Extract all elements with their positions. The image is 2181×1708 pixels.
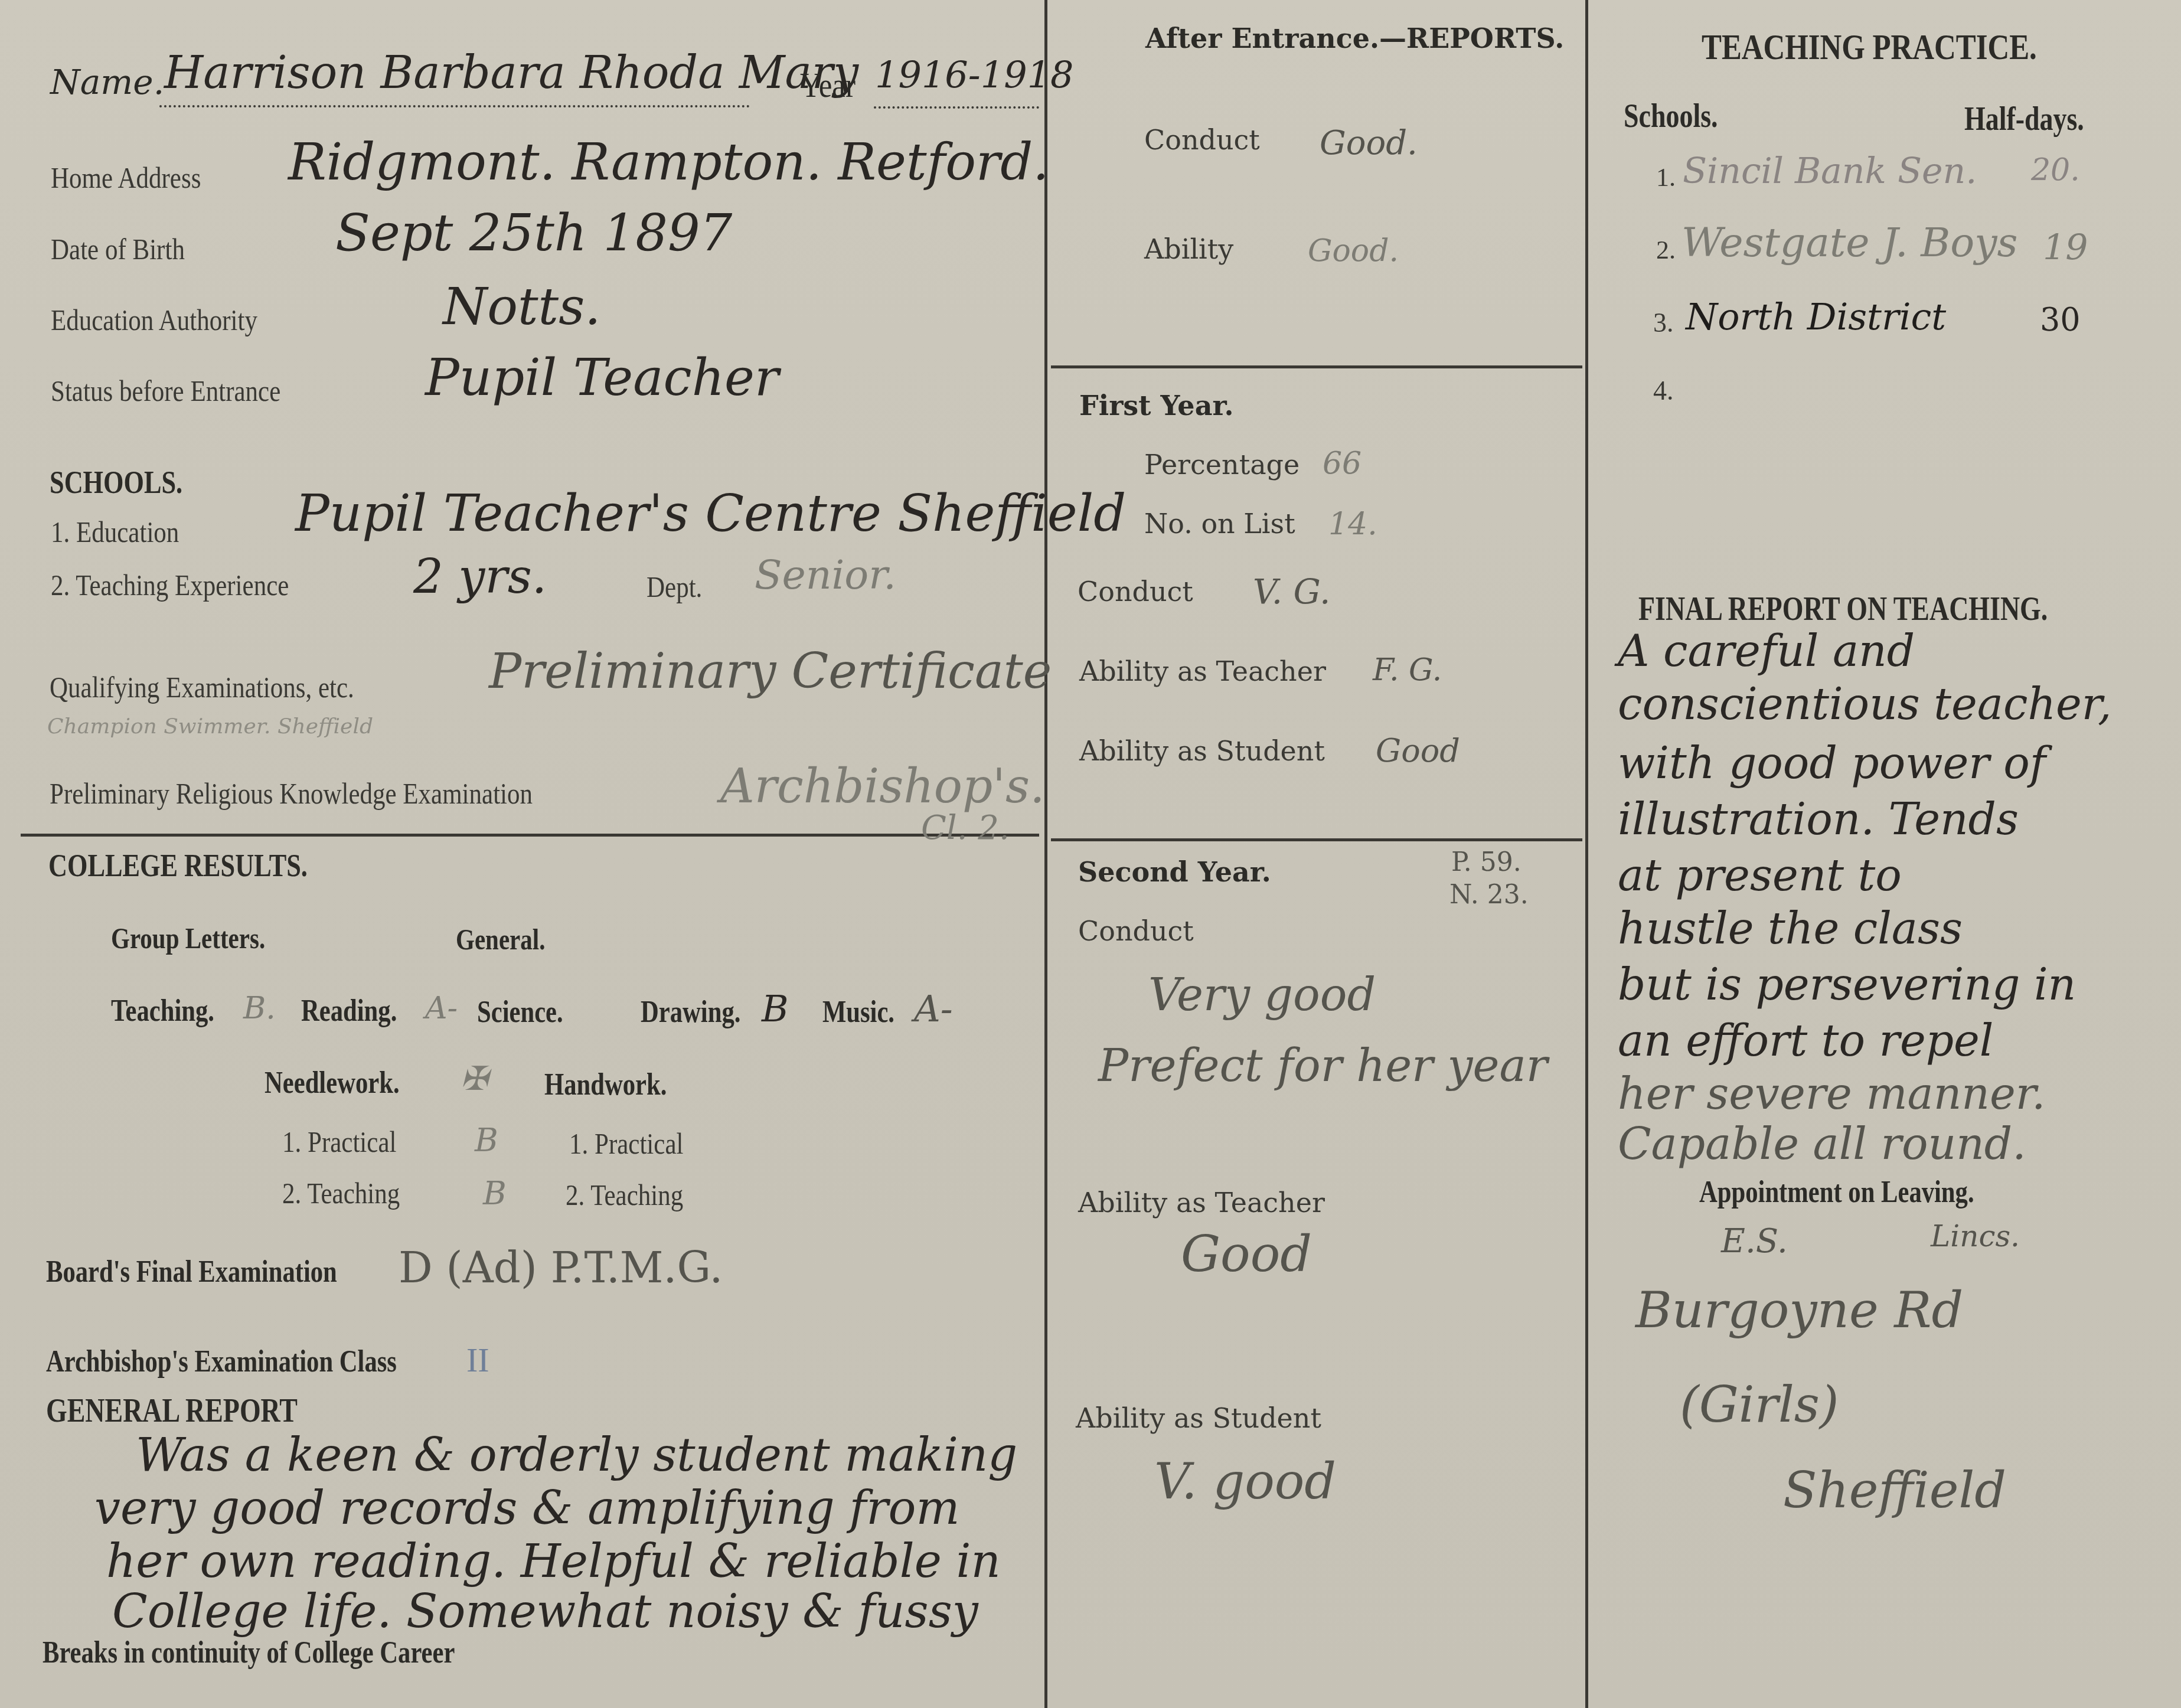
no-on-list-label: No. on List <box>1144 508 1295 540</box>
final-report-title: FINAL REPORT ON TEACHING. <box>1638 590 2048 628</box>
boards-final-label: Board's Final Examination <box>46 1255 337 1289</box>
music-subject-grade: A- <box>914 987 953 1030</box>
handwork-teaching-label: 2. Teaching <box>566 1178 683 1212</box>
general-report-line-2: very good records & amplifying from <box>94 1482 960 1535</box>
dept-label: Dept. <box>647 570 702 604</box>
reading-subject-label: Reading. <box>301 994 397 1028</box>
name-label: Name. <box>50 62 164 102</box>
teaching-subject-grade: B. <box>243 991 276 1026</box>
general-label: General. <box>456 922 545 956</box>
after-entrance-ability-label: Ability <box>1144 233 1233 265</box>
rule-after-entrance <box>1051 365 1582 368</box>
appointment-note: Lincs. <box>1931 1219 2020 1253</box>
education-authority-value: Notts. <box>443 277 601 337</box>
practice-halfdays: 19 <box>2043 227 2088 269</box>
handwork-practical-label: 1. Practical <box>569 1126 683 1161</box>
general-report-line-4: College life. Somewhat noisy & fussy <box>112 1585 978 1638</box>
handwork-label: Handwork. <box>544 1067 667 1102</box>
student-record-card: Name. Harrison Barbara Rhoda Mary Year 1… <box>0 0 2181 1708</box>
practice-school: Westgate J. Boys <box>1682 220 2018 266</box>
teaching-practice-title: TEACHING PRACTICE. <box>1702 27 2037 68</box>
date-of-birth-value: Sept 25th 1897 <box>335 204 732 263</box>
archbishop-exam-label: Archbishop's Examination Class <box>46 1344 397 1379</box>
after-entrance-conduct-value: Good. <box>1320 124 1418 162</box>
first-year-teacher-label: Ability as Teacher <box>1079 655 1326 687</box>
archbishop-exam-value: II <box>466 1340 489 1380</box>
needlework-practical-grade: B <box>475 1122 498 1159</box>
qualifying-label: Qualifying Examinations, etc. <box>50 670 354 704</box>
second-year-conduct-value-2: Prefect for her year <box>1098 1039 1547 1092</box>
rule-second-year <box>1051 838 1582 841</box>
practice-row-number: 4. <box>1653 375 1674 406</box>
final-report-line-5: at present to <box>1618 850 1902 901</box>
second-year-conduct-label: Conduct <box>1078 915 1194 947</box>
appointment-line-3: Sheffield <box>1783 1461 2006 1519</box>
appointment-line-1: Burgoyne Rd <box>1635 1281 1963 1339</box>
percentage-value: 66 <box>1323 446 1362 481</box>
group-letters-label: Group Letters. <box>111 921 265 955</box>
practice-row-number: 1. <box>1656 162 1676 192</box>
education-label: 1. Education <box>51 515 179 549</box>
column-divider-left <box>1044 0 1047 1708</box>
rule-college-results <box>21 834 1039 837</box>
qualifying-note: Champion Swimmer. Sheffield <box>47 714 373 739</box>
final-report-line-7: but is persevering in <box>1618 959 2076 1010</box>
dept-value: Senior. <box>755 552 896 599</box>
reading-subject-grade: A- <box>425 991 458 1026</box>
name-underline <box>159 105 750 107</box>
general-report-line-3: her own reading. Helpful & reliable in <box>106 1535 1001 1588</box>
practice-school: North District <box>1686 295 1946 338</box>
final-report-line-4: illustration. Tends <box>1618 794 2019 845</box>
religious-exam-value: Archbishop's. <box>720 759 1045 814</box>
name-value: Harrison Barbara Rhoda Mary <box>164 46 858 99</box>
schools-title: SCHOOLS. <box>50 464 182 501</box>
boards-final-value: D (Ad) P.T.M.G. <box>399 1243 723 1292</box>
percentage-label: Percentage <box>1144 449 1300 481</box>
first-year-conduct-label: Conduct <box>1078 576 1193 608</box>
first-year-title: First Year. <box>1079 390 1233 422</box>
status-before-entrance-value: Pupil Teacher <box>425 348 779 407</box>
final-report-line-10: Capable all round. <box>1618 1119 2026 1170</box>
practice-row-number: 2. <box>1656 235 1676 265</box>
general-report-line-1: Was a keen & orderly student making <box>136 1429 1017 1482</box>
needlework-mark: ✠ <box>461 1060 488 1098</box>
education-value: Pupil Teacher's Centre Sheffield <box>295 484 1126 543</box>
first-year-student-label: Ability as Student <box>1079 735 1325 767</box>
second-year-student-value: V. good <box>1154 1452 1336 1510</box>
second-year-note-p: P. 59. <box>1451 847 1522 877</box>
after-entrance-conduct-label: Conduct <box>1144 124 1260 156</box>
second-year-conduct-value-1: Very good <box>1148 968 1376 1021</box>
teaching-subject-label: Teaching. <box>111 994 214 1028</box>
second-year-teacher-value: Good <box>1181 1225 1312 1283</box>
halfdays-column-header: Half-days. <box>1964 100 2084 138</box>
year-underline <box>874 106 1039 109</box>
after-entrance-title: After Entrance.—REPORTS. <box>1145 22 1564 54</box>
breaks-label: Breaks in continuity of College Career <box>43 1635 455 1670</box>
practice-halfdays: 20. <box>2031 152 2080 188</box>
qualifying-value: Preliminary Certificate <box>489 644 1052 700</box>
practice-halfdays: 30 <box>2040 301 2081 338</box>
date-of-birth-label: Date of Birth <box>51 232 185 266</box>
college-results-title: COLLEGE RESULTS. <box>48 847 308 884</box>
home-address-value: Ridgmont. Rampton. Retford. <box>288 133 1049 192</box>
drawing-subject-grade: B <box>762 987 789 1030</box>
religious-exam-class: Cl. 2. <box>921 809 1010 847</box>
science-subject-label: Science. <box>477 995 563 1030</box>
first-year-student-value: Good <box>1376 732 1460 769</box>
final-report-line-2: conscientious teacher, <box>1618 679 2112 730</box>
first-year-teacher-value: F. G. <box>1373 652 1442 688</box>
religious-exam-label: Preliminary Religious Knowledge Examinat… <box>50 776 533 811</box>
first-year-conduct-value: V. G. <box>1253 571 1330 612</box>
appointment-code: E.S. <box>1721 1222 1788 1260</box>
status-before-entrance-label: Status before Entrance <box>51 374 280 408</box>
appointment-title: Appointment on Leaving. <box>1699 1175 1974 1210</box>
practice-row-number: 3. <box>1653 307 1674 338</box>
final-report-line-6: hustle the class <box>1618 903 1963 954</box>
drawing-subject-label: Drawing. <box>641 995 740 1030</box>
needlework-label: Needlework. <box>265 1066 400 1100</box>
needlework-teaching-label: 2. Teaching <box>282 1176 400 1210</box>
final-report-line-9: her severe manner. <box>1618 1069 2046 1119</box>
teaching-experience-label: 2. Teaching Experience <box>51 568 289 602</box>
year-value: 1916-1918 <box>875 53 1074 96</box>
year-label: Year <box>800 65 856 106</box>
final-report-line-3: with good power of <box>1618 738 2046 789</box>
second-year-student-label: Ability as Student <box>1076 1402 1321 1434</box>
general-report-title: GENERAL REPORT <box>46 1392 298 1430</box>
second-year-title: Second Year. <box>1078 856 1271 888</box>
practice-school: Sincil Bank Sen. <box>1683 151 1977 192</box>
teaching-experience-value: 2 yrs. <box>413 549 547 604</box>
after-entrance-ability-value: Good. <box>1308 233 1399 269</box>
final-report-line-8: an effort to repel <box>1618 1015 1994 1066</box>
final-report-line-1: A careful and <box>1618 626 1915 677</box>
appointment-line-2: (Girls) <box>1680 1376 1839 1433</box>
music-subject-label: Music. <box>822 995 894 1030</box>
needlework-practical-label: 1. Practical <box>282 1125 396 1159</box>
home-address-label: Home Address <box>51 161 201 195</box>
education-authority-label: Education Authority <box>51 303 257 337</box>
column-divider-right <box>1585 0 1588 1708</box>
second-year-teacher-label: Ability as Teacher <box>1078 1187 1325 1219</box>
no-on-list-value: 14. <box>1328 507 1377 542</box>
second-year-note-n: N. 23. <box>1449 880 1529 910</box>
needlework-teaching-grade: B <box>483 1175 507 1212</box>
schools-column-header: Schools. <box>1624 97 1718 135</box>
